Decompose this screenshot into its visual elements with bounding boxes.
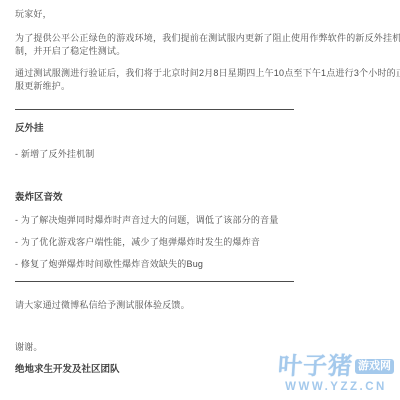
feedback-text: 请大家通过微博私信给予测试服体验反馈。 [15, 299, 388, 312]
bullet-item: - 为了优化游戏客户端性能，减少了炮弹爆炸时发生的爆炸音 [15, 236, 388, 249]
section-divider [15, 281, 294, 282]
paragraph-line: 通过测试服测进行验证后，我们将于北京时间2月8日星期四上午10点至下午1点进行3… [15, 67, 388, 80]
site-watermark: 叶子猪 游戏网 WWW.YZZ.CN [278, 355, 394, 394]
section-title-bombzone-audio: 轰炸区音效 [15, 191, 388, 204]
watermark-logo-row: 叶子猪 游戏网 [278, 355, 394, 379]
watermark-brand-text: 叶子猪 [277, 355, 354, 379]
section-divider [15, 109, 294, 110]
watermark-url-text: WWW.YZZ.CN [278, 382, 394, 394]
section-title-anticheat: 反外挂 [15, 122, 388, 135]
greeting-text: 玩家好， [15, 8, 388, 21]
intro-paragraph: 为了提供公平公正绿色的游戏环境，我们提前在测试服内更新了阻止使用作弊软件的新反外… [15, 32, 388, 58]
bullet-item: - 新增了反外挂机制 [15, 148, 388, 161]
paragraph-line: 服更新维护。 [15, 80, 388, 93]
paragraph-line: 为了提供公平公正绿色的游戏环境，我们提前在测试服内更新了阻止使用作弊软件的新反外… [15, 32, 388, 45]
maintenance-paragraph: 通过测试服测进行验证后，我们将于北京时间2月8日星期四上午10点至下午1点进行3… [15, 67, 388, 93]
watermark-badge: 游戏网 [355, 359, 394, 374]
paragraph-line: 制，并开启了稳定性测试。 [15, 45, 388, 58]
bullet-item: - 为了解决炮弹同时爆炸时声音过大的问题，调低了该部分的音量 [15, 214, 388, 227]
bullet-item: - 修复了炮弹爆炸时间歇性爆炸音效缺失的Bug [15, 258, 388, 271]
announcement-page: 玩家好， 为了提供公平公正绿色的游戏环境，我们提前在测试服内更新了阻止使用作弊软… [15, 8, 388, 376]
